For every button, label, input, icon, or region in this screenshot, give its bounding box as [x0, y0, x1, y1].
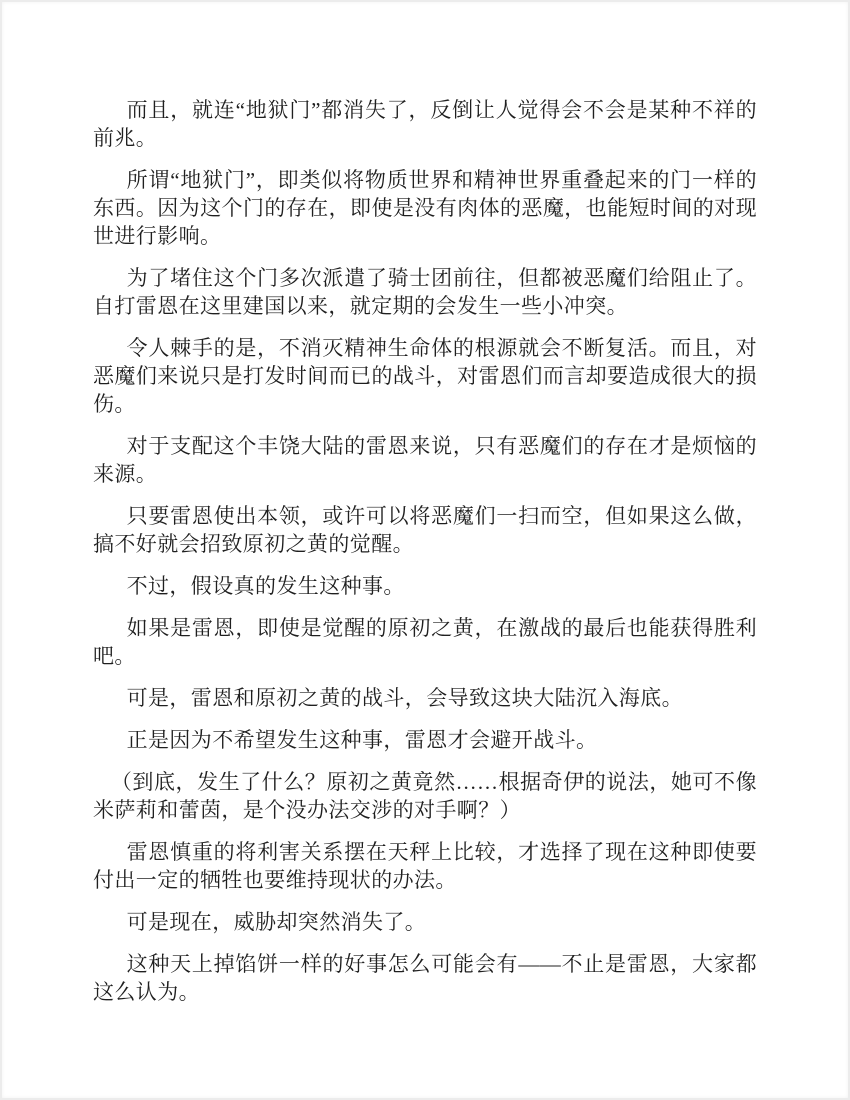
paragraph: 正是因为不希望发生这种事，雷恩才会避开战斗。 [93, 726, 757, 754]
paragraph: 不过，假设真的发生这种事。 [93, 572, 757, 600]
paragraph: 所谓“地狱门”，即类似将物质世界和精神世界重叠起来的门一样的东西。因为这个门的存… [93, 166, 757, 250]
paragraph: 对于支配这个丰饶大陆的雷恩来说，只有恶魔们的存在才是烦恼的来源。 [93, 432, 757, 488]
paragraph: 可是现在，威胁却突然消失了。 [93, 908, 757, 936]
paragraph: 令人棘手的是，不消灭精神生命体的根源就会不断复活。而且，对恶魔们来说只是打发时间… [93, 334, 757, 418]
page-text: 而且，就连“地狱门”都消失了，反倒让人觉得会不会是某种不祥的前兆。所谓“地狱门”… [93, 96, 757, 1006]
paragraph: 如果是雷恩，即使是觉醒的原初之黄，在激战的最后也能获得胜利吧。 [93, 614, 757, 670]
paragraph: （到底，发生了什么？原初之黄竟然……根据奇伊的说法，她可不像米萨莉和蕾茵，是个没… [93, 768, 757, 824]
paragraph: 可是，雷恩和原初之黄的战斗，会导致这块大陆沉入海底。 [93, 684, 757, 712]
paragraph: 这种天上掉馅饼一样的好事怎么可能会有——不止是雷恩，大家都这么认为。 [93, 950, 757, 1006]
paragraph: 只要雷恩使出本领，或许可以将恶魔们一扫而空，但如果这么做，搞不好就会招致原初之黄… [93, 502, 757, 558]
paragraph: 雷恩慎重的将利害关系摆在天秤上比较，才选择了现在这种即使要付出一定的牺牲也要维持… [93, 838, 757, 894]
paragraph: 为了堵住这个门多次派遣了骑士团前往，但都被恶魔们给阻止了。自打雷恩在这里建国以来… [93, 264, 757, 320]
ebook-page: 而且，就连“地狱门”都消失了，反倒让人觉得会不会是某种不祥的前兆。所谓“地狱门”… [0, 0, 850, 1100]
paragraph: 而且，就连“地狱门”都消失了，反倒让人觉得会不会是某种不祥的前兆。 [93, 96, 757, 152]
